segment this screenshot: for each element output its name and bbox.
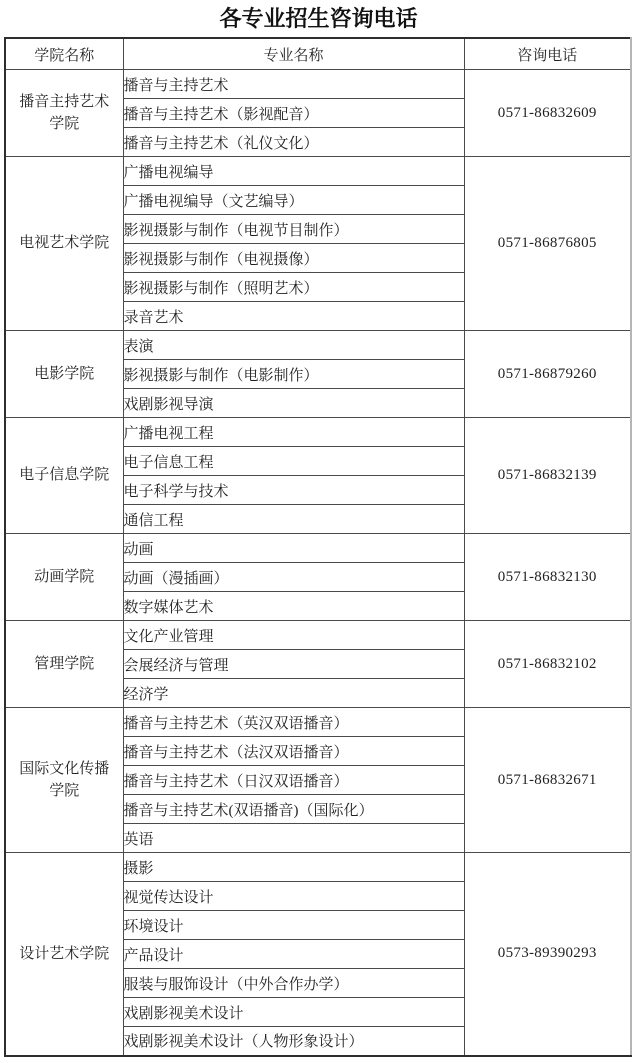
- table-header-row: 学院名称 专业名称 咨询电话: [5, 38, 631, 70]
- major-name-cell: 电子信息工程: [123, 447, 464, 476]
- major-name-cell: 经济学: [123, 679, 464, 708]
- college-name-cell: 国际文化传播 学院: [5, 708, 123, 853]
- major-name-cell: 数字媒体艺术: [123, 592, 464, 621]
- table-row: 设计艺术学院摄影0573-89390293: [5, 853, 631, 882]
- major-name-cell: 播音与主持艺术(双语播音)（国际化）: [123, 795, 464, 824]
- college-name-cell: 管理学院: [5, 621, 123, 708]
- major-name-cell: 表演: [123, 331, 464, 360]
- phone-cell: 0571-86832139: [464, 418, 631, 534]
- major-name-cell: 影视摄影与制作（照明艺术）: [123, 273, 464, 302]
- major-name-cell: 环境设计: [123, 911, 464, 940]
- phone-cell: 0571-86832609: [464, 70, 631, 157]
- major-name-cell: 广播电视编导: [123, 157, 464, 186]
- header-major-name: 专业名称: [123, 38, 464, 70]
- table-row: 电视艺术学院广播电视编导0571-86876805: [5, 157, 631, 186]
- table-row: 电子信息学院广播电视工程0571-86832139: [5, 418, 631, 447]
- major-name-cell: 录音艺术: [123, 302, 464, 331]
- phone-cell: 0571-86879260: [464, 331, 631, 418]
- major-name-cell: 影视摄影与制作（电视摄像）: [123, 244, 464, 273]
- major-name-cell: 播音与主持艺术（影视配音）: [123, 99, 464, 128]
- major-name-cell: 播音与主持艺术（英汉双语播音）: [123, 708, 464, 737]
- major-name-cell: 通信工程: [123, 505, 464, 534]
- major-name-cell: 影视摄影与制作（电视节目制作）: [123, 215, 464, 244]
- table-row: 管理学院文化产业管理0571-86832102: [5, 621, 631, 650]
- phone-cell: 0571-86876805: [464, 157, 631, 331]
- college-name-cell: 动画学院: [5, 534, 123, 621]
- college-name-cell: 电影学院: [5, 331, 123, 418]
- page-title: 各专业招生咨询电话: [0, 4, 637, 34]
- major-name-cell: 广播电视工程: [123, 418, 464, 447]
- major-name-cell: 播音与主持艺术（日汉双语播音）: [123, 766, 464, 795]
- major-name-cell: 文化产业管理: [123, 621, 464, 650]
- table-row: 国际文化传播 学院播音与主持艺术（英汉双语播音）0571-86832671: [5, 708, 631, 737]
- phone-cell: 0573-89390293: [464, 853, 631, 1056]
- major-name-cell: 播音与主持艺术（法汉双语播音）: [123, 737, 464, 766]
- major-name-cell: 动画: [123, 534, 464, 563]
- major-name-cell: 广播电视编导（文艺编导）: [123, 186, 464, 215]
- phone-cell: 0571-86832671: [464, 708, 631, 853]
- enrollment-phone-table: 学院名称 专业名称 咨询电话 播音主持艺术 学院播音与主持艺术0571-8683…: [4, 37, 632, 1057]
- major-name-cell: 影视摄影与制作（电影制作）: [123, 360, 464, 389]
- table-row: 电影学院表演0571-86879260: [5, 331, 631, 360]
- major-name-cell: 戏剧影视美术设计（人物形象设计）: [123, 1027, 464, 1056]
- table-body: 播音主持艺术 学院播音与主持艺术0571-86832609播音与主持艺术（影视配…: [5, 70, 631, 1056]
- major-name-cell: 动画（漫插画）: [123, 563, 464, 592]
- major-name-cell: 产品设计: [123, 940, 464, 969]
- college-name-cell: 电子信息学院: [5, 418, 123, 534]
- major-name-cell: 会展经济与管理: [123, 650, 464, 679]
- college-name-cell: 电视艺术学院: [5, 157, 123, 331]
- header-college-name: 学院名称: [5, 38, 123, 70]
- table-row: 播音主持艺术 学院播音与主持艺术0571-86832609: [5, 70, 631, 99]
- major-name-cell: 视觉传达设计: [123, 882, 464, 911]
- college-name-cell: 播音主持艺术 学院: [5, 70, 123, 157]
- major-name-cell: 戏剧影视导演: [123, 389, 464, 418]
- major-name-cell: 服装与服饰设计（中外合作办学）: [123, 969, 464, 998]
- major-name-cell: 摄影: [123, 853, 464, 882]
- major-name-cell: 播音与主持艺术（礼仪文化）: [123, 128, 464, 157]
- major-name-cell: 戏剧影视美术设计: [123, 998, 464, 1027]
- college-name-cell: 设计艺术学院: [5, 853, 123, 1056]
- major-name-cell: 英语: [123, 824, 464, 853]
- phone-cell: 0571-86832130: [464, 534, 631, 621]
- table-row: 动画学院动画0571-86832130: [5, 534, 631, 563]
- major-name-cell: 电子科学与技术: [123, 476, 464, 505]
- major-name-cell: 播音与主持艺术: [123, 70, 464, 99]
- header-phone: 咨询电话: [464, 38, 631, 70]
- phone-cell: 0571-86832102: [464, 621, 631, 708]
